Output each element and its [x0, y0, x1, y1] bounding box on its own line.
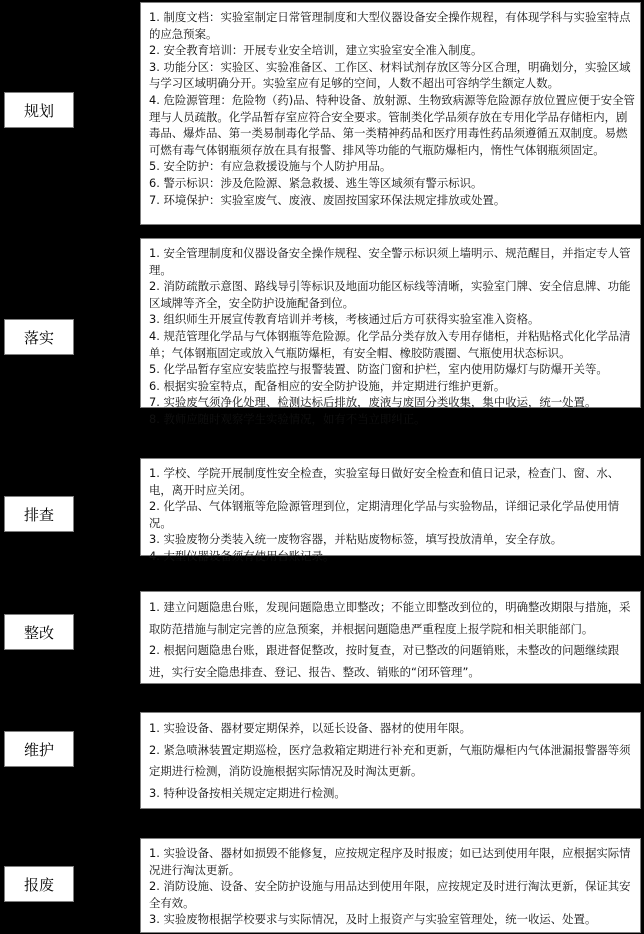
list-item: 3. 实验废物分类装入统一废物容器，并粘贴废物标签，填写投放清单，安全存放。	[149, 531, 635, 548]
list-item: 2. 消防设施、设备、安全防护设施与用品达到使用年限，应按规定及时进行淘汰更新，…	[149, 878, 635, 911]
list-item: 5. 化学品暂存室应安装监控与报警装置、防盗门窗和护栏，室内使用防爆灯与防爆开关…	[149, 361, 635, 378]
list-item: 3. 特种设备按相关规定定期进行检测。	[149, 783, 635, 805]
list-item: 2. 安全教育培训：开展专业安全培训，建立实验室安全准入制度。	[149, 42, 635, 59]
stage-content-implementation: 1. 安全管理制度和仪器设备安全操作规程、安全警示标识须上墙明示、规范醒目，并指…	[140, 238, 641, 408]
list-item: 4. 大型仪器设备须有使用台账记录。	[149, 548, 635, 565]
stage-content-maintenance: 1. 实验设备、器材要定期保养，以延长设备、器材的使用年限。 2. 紧急喷淋装置…	[140, 712, 641, 809]
list-item: 2. 根据问题隐患台账，跟进督促整改，按时复查，对已整改的问题销账，未整改的问题…	[149, 640, 635, 683]
list-item: 7. 实验废气须净化处理、检测达标后排放，废液与废固分类收集，集中收运，统一处置…	[149, 394, 635, 411]
list-item: 7. 环境保护：实验室废气、废液、废固按国家环保法规定排放或处置。	[149, 192, 635, 209]
list-item: 1. 建立问题隐患台账，发现问题隐患立即整改；不能立即整改到位的，明确整改期限与…	[149, 597, 635, 640]
list-item: 1. 实验设备、器材如损毁不能修复，应按规定程序及时报废；如已达到使用年限，应根…	[149, 845, 635, 878]
list-item: 1. 实验设备、器材要定期保养，以延长设备、器材的使用年限。	[149, 718, 635, 740]
stage-label-implementation: 落实	[4, 319, 74, 355]
stage-label-text: 排查	[24, 504, 54, 525]
stage-content-planning: 1. 制度文档：实验室制定日常管理制度和大型仪器设备安全操作规程，有体现学科与实…	[140, 2, 641, 225]
stage-label-text: 整改	[24, 622, 54, 643]
stage-label-text: 落实	[24, 327, 54, 348]
stage-label-planning: 规划	[4, 92, 74, 128]
list-item: 4. 危险源管理：危险物（药)品、特种设备、放射源、生物致病源等危险源存放位置应…	[149, 92, 635, 158]
stage-label-disposal: 报废	[4, 866, 74, 902]
stage-content-rectification: 1. 建立问题隐患台账，发现问题隐患立即整改；不能立即整改到位的，明确整改期限与…	[140, 591, 641, 684]
list-item: 1. 学校、学院开展制度性安全检查，实验室每日做好安全检查和值日记录，检查门、窗…	[149, 465, 635, 498]
stage-label-text: 报废	[24, 874, 54, 895]
list-item: 2. 消防疏散示意图、路线导引等标识及地面功能区标线等清晰，实验室门牌、安全信息…	[149, 278, 635, 311]
list-item: 1. 制度文档：实验室制定日常管理制度和大型仪器设备安全操作规程，有体现学科与实…	[149, 9, 635, 42]
stage-label-maintenance: 维护	[4, 731, 74, 767]
list-item: 2. 紧急喷淋装置定期巡检，医疗急救箱定期进行补充和更新，气瓶防爆柜内气体泄漏报…	[149, 740, 635, 783]
list-item: 3. 组织师生开展宣传教育培训并考核，考核通过后方可获得实验室准入资格。	[149, 311, 635, 328]
list-item: 3. 实验废物根据学校要求与实际情况，及时上报资产与实验室管理处，统一收运、处置…	[149, 911, 635, 928]
list-item: 4. 规范管理化学品与气体钢瓶等危险源。化学品分类存放入专用存储柜，并粘贴格式化…	[149, 328, 635, 361]
stage-label-rectification: 整改	[4, 614, 74, 650]
stage-label-text: 维护	[24, 739, 54, 760]
list-item: 6. 根据实验室特点，配备相应的安全防护设施，并定期进行维护更新。	[149, 378, 635, 395]
stage-content-inspection: 1. 学校、学院开展制度性安全检查，实验室每日做好安全检查和值日记录，检查门、窗…	[140, 458, 641, 556]
list-item: 8. 教师应随时观察学生实验情况，如有不当立即纠正。	[149, 411, 635, 428]
list-item: 2. 化学品、气体钢瓶等危险源管理到位，定期清理化学品与实验物品，详细记录化学品…	[149, 498, 635, 531]
stage-label-inspection: 排查	[4, 496, 74, 532]
stage-content-disposal: 1. 实验设备、器材如损毁不能修复，应按规定程序及时报废；如已达到使用年限，应根…	[140, 838, 641, 933]
list-item: 3. 功能分区：实验区、实验准备区、工作区、材料试剂存放区等分区合理，明确划分，…	[149, 59, 635, 92]
stage-label-text: 规划	[24, 100, 54, 121]
list-item: 6. 警示标识：涉及危险源、紧急救援、逃生等区域须有警示标识。	[149, 175, 635, 192]
list-item: 1. 安全管理制度和仪器设备安全操作规程、安全警示标识须上墙明示、规范醒目，并指…	[149, 245, 635, 278]
list-item: 5. 安全防护：有应急救援设施与个人防护用品。	[149, 158, 635, 175]
